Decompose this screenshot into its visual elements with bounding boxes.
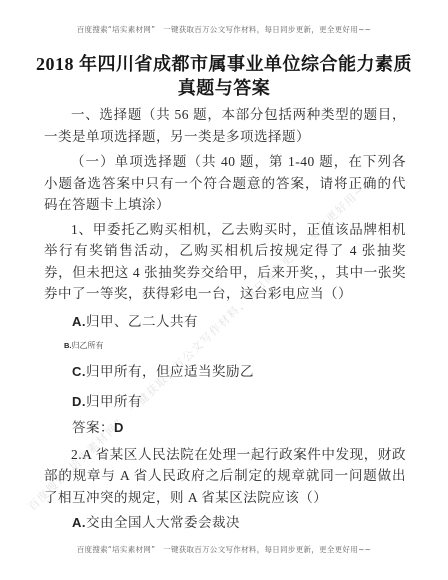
option-text: 归甲、乙二人共有 [86,314,198,329]
subsection-heading: （一）单项选择题（共 40 题，第 1-40 题，在下列各小题备选答案中只有一个… [44,151,406,216]
option-text: 归甲所有 [86,394,142,409]
answer-label: 答案： [72,420,114,435]
option-letter: A. [72,515,86,530]
option-letter: D. [72,394,86,409]
question-2-option-a: A.交由全国人大常委会裁决 [44,512,406,534]
question-1-option-d: D.归甲所有 [44,391,406,413]
option-letter: B. [64,341,72,350]
section-heading: 一、选择题（共 56 题，本部分包括两种类型的题目，一类是单项选择题，另一类是多… [44,104,406,147]
document-title: 2018 年四川省成都市属事业单位综合能力素质 真题与答案 [20,52,428,100]
question-1-stem: 1、甲委托乙购买相机，乙去购买时，正值该品牌相机举行有奖销售活动，乙购买相机后按… [44,219,406,305]
option-letter: A. [72,314,86,329]
question-1-option-c: C.归甲所有，但应适当奖励乙 [44,361,406,383]
bottom-watermark: 百度搜索“培实素材网” 一键获取百万公文写作材料，每日同步更新，更全更好用~~ [0,544,448,555]
option-text: 归甲所有，但应适当奖励乙 [86,364,254,379]
document-body: 一、选择题（共 56 题，本部分包括两种类型的题目，一类是单项选择题，另一类是多… [44,104,406,534]
question-1-option-a: A.归甲、乙二人共有 [44,311,406,333]
option-text: 交由全国人大常委会裁决 [86,515,240,530]
option-letter: C. [72,364,86,379]
answer-value: D [114,420,124,435]
question-2-stem: 2.A 省某区人民法院在处理一起行政案件中发现，财政部的规章与 A 省人民政府之… [44,444,406,509]
document-page: 百度搜索“培实素材网” 一键获取百万公文写作材料，每日同步更新，更全更好用~~ … [0,0,448,580]
question-1-option-b: B.归乙所有 [44,340,406,352]
option-text: 归乙所有 [72,341,104,350]
document-title-line1: 2018 年四川省成都市属事业单位综合能力素质 [20,52,428,76]
document-title-line2: 真题与答案 [20,76,428,100]
question-1-answer: 答案：D [44,417,406,439]
top-watermark: 百度搜索“培实素材网” 一键获取百万公文写作材料，每日同步更新，更全更好用~~ [0,24,448,35]
